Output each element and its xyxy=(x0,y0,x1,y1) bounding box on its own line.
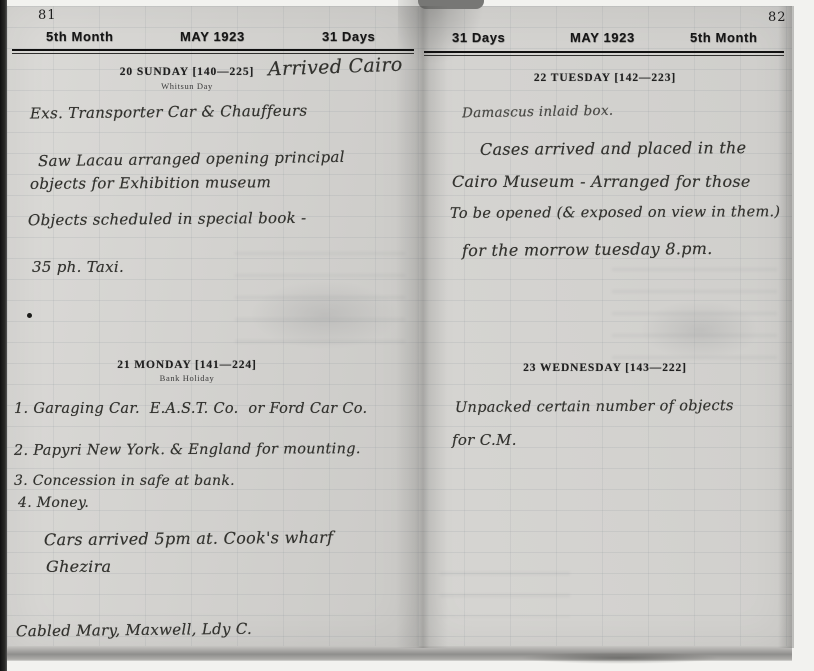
handwritten-line: Damascus inlaid box. xyxy=(462,103,614,122)
days-label: 31 Days xyxy=(322,29,375,44)
section-heading-monday: 21 MONDAY [141—224] xyxy=(7,359,367,371)
handwritten-line: for the morrow tuesday 8.pm. xyxy=(462,239,713,260)
page-number: 81 xyxy=(38,8,57,23)
bottom-shadow xyxy=(520,652,720,664)
book-left-edge xyxy=(0,0,7,671)
handwritten-line: Cars arrived 5pm at. Cook's wharf xyxy=(44,528,333,550)
month-label: 5th Month xyxy=(690,30,758,45)
section-subheading-whitsun-day: Whitsun Day xyxy=(7,81,367,91)
handwritten-line: 2. Papyri New York. & England for mounti… xyxy=(14,441,361,459)
handwritten-line: 3. Concession in safe at bank. xyxy=(14,473,235,489)
handwritten-line: Exs. Transporter Car & Chauffeurs xyxy=(30,102,308,123)
paper-smudge xyxy=(250,280,400,350)
header-rule xyxy=(424,51,784,56)
handwritten-line: Ghezira xyxy=(46,557,111,576)
handwritten-line: 4. Money. xyxy=(18,495,89,511)
right-page-fold-shadow xyxy=(778,6,794,648)
header-rule xyxy=(12,49,414,54)
handwritten-line: Cairo Museum - Arranged for those xyxy=(452,172,751,191)
handwritten-line: 35 ph. Taxi. xyxy=(32,258,124,276)
handwritten-line: Cabled Mary, Maxwell, Ldy C. xyxy=(16,620,252,640)
handwritten-line: for C.M. xyxy=(452,431,517,449)
diary-title: MAY 1923 xyxy=(180,29,245,44)
handwritten-line: Cases arrived and placed in the xyxy=(480,138,747,159)
section-heading-wednesday: 23 WEDNESDAY [143—222] xyxy=(418,362,792,374)
ink-bleedthrough xyxy=(440,572,570,617)
diary-title: MAY 1923 xyxy=(570,30,635,45)
page-number: 82 xyxy=(768,10,787,25)
handwritten-line: objects for Exhibition museum xyxy=(30,173,271,193)
month-label: 5th Month xyxy=(46,29,114,44)
paper-smudge xyxy=(640,300,760,360)
ink-dot xyxy=(27,313,32,318)
handwritten-line: Unpacked certain number of objects xyxy=(455,398,734,416)
handwritten-line: 1. Garaging Car. E.A.S.T. Co. or Ford Ca… xyxy=(14,401,367,417)
diary-scan: 81 5th Month MAY 1923 31 Days 31 Days MA… xyxy=(0,0,814,671)
handwritten-line: Objects scheduled in special book - xyxy=(28,209,307,229)
days-label: 31 Days xyxy=(452,30,505,45)
section-heading-tuesday: 22 TUESDAY [142—223] xyxy=(418,72,792,84)
handwritten-line: To be opened (& exposed on view in them.… xyxy=(450,204,780,222)
section-subheading-bank-holiday: Bank Holiday xyxy=(7,373,367,383)
handwritten-annotation-arrived-cairo: Arrived Cairo xyxy=(268,54,403,81)
